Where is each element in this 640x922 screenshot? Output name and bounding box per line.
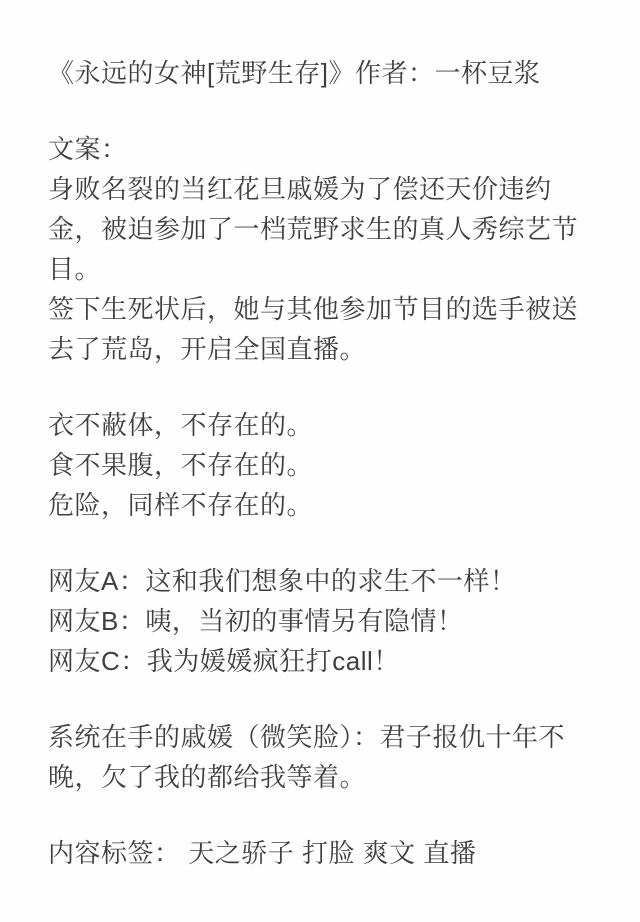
paragraph-netizen-comments: 网友A：这和我们想象中的求生不一样！网友B：咦，当初的事情另有隐情！网友C：我为…: [48, 561, 594, 681]
text-line: 金，被迫参加了一档荒野求生的真人秀综艺节: [48, 209, 594, 249]
text-line: 食不果腹，不存在的。: [48, 445, 594, 485]
paragraph-survival-statements: 衣不蔽体，不存在的。食不果腹，不存在的。危险，同样不存在的。: [48, 405, 594, 525]
paragraph-content-tags: 内容标签： 天之骄子 打脸 爽文 直播: [48, 833, 594, 873]
text-line: 网友B：咦，当初的事情另有隐情！: [48, 601, 594, 641]
paragraph-synopsis: 文案：身败名裂的当红花旦戚媛为了偿还天价违约金，被迫参加了一档荒野求生的真人秀综…: [48, 129, 594, 369]
text-line: 签下生死状后，她与其他参加节目的选手被送: [48, 289, 594, 329]
novel-description: 《永远的女神[荒野生存]》作者：一杯豆浆文案：身败名裂的当红花旦戚媛为了偿还天价…: [0, 0, 640, 922]
text-line: 危险，同样不存在的。: [48, 485, 594, 525]
paragraph-title-line: 《永远的女神[荒野生存]》作者：一杯豆浆: [48, 53, 594, 93]
text-line: 衣不蔽体，不存在的。: [48, 405, 594, 445]
text-line: 身败名裂的当红花旦戚媛为了偿还天价违约: [48, 169, 594, 209]
page: { "page": { "background": "#fefefe", "te…: [0, 0, 640, 922]
text-line: 《永远的女神[荒野生存]》作者：一杯豆浆: [48, 53, 594, 93]
text-line: 内容标签： 天之骄子 打脸 爽文 直播: [48, 833, 594, 873]
text-line: 晚，欠了我的都给我等着。: [48, 757, 594, 797]
text-line: 网友C：我为媛媛疯狂打call！: [48, 641, 594, 681]
text-line: 目。: [48, 249, 594, 289]
text-line: 网友A：这和我们想象中的求生不一样！: [48, 561, 594, 601]
text-line: 文案：: [48, 129, 594, 169]
text-line: 去了荒岛，开启全国直播。: [48, 329, 594, 369]
paragraph-heroine-quote: 系统在手的戚媛（微笑脸）：君子报仇十年不晚，欠了我的都给我等着。: [48, 717, 594, 797]
text-line: 系统在手的戚媛（微笑脸）：君子报仇十年不: [48, 717, 594, 757]
